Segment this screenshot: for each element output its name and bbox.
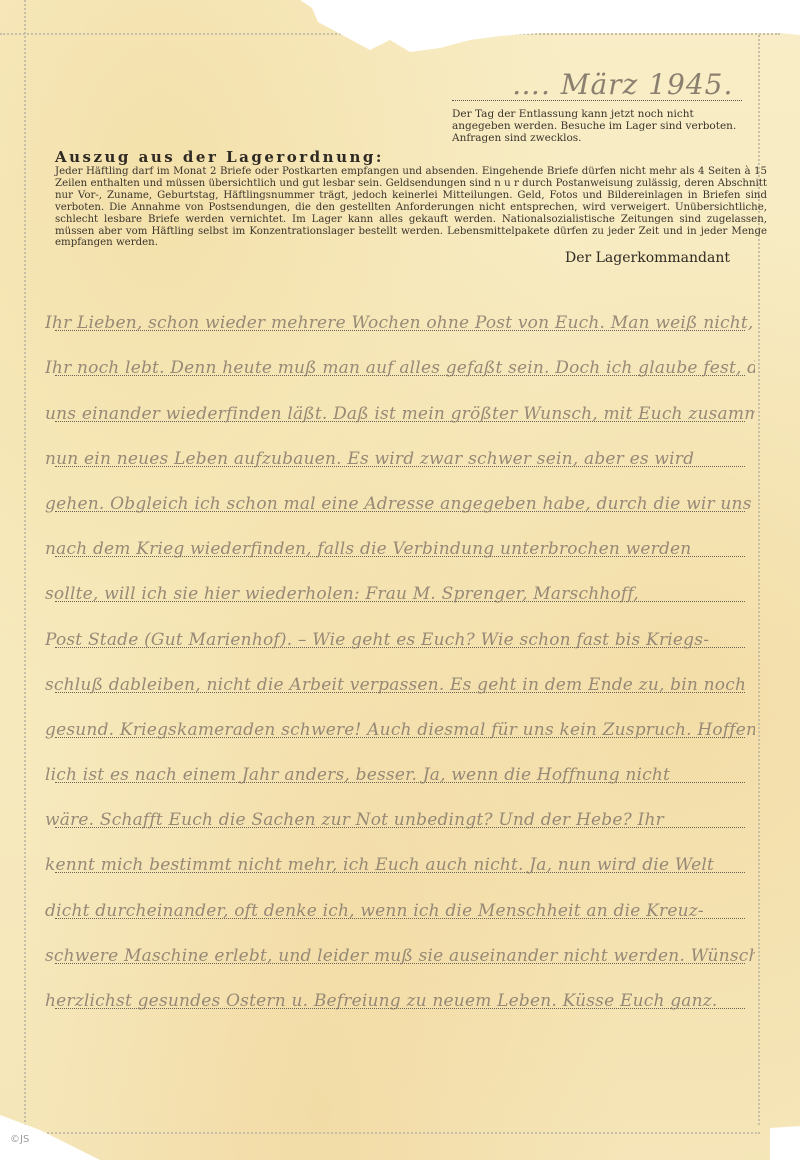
handwritten-letter: Ihr Lieben, schon wieder mehrere Wochen … [55,292,745,1015]
letter-line: Post Stade (Gut Marienhof). – Wie geht e… [55,608,745,653]
copyright-watermark: ©JS [10,1134,29,1145]
handwritten-text: dicht durcheinander, oft denke ich, wenn… [45,901,755,921]
letter-line: gesund. Kriegskameraden schwere! Auch di… [55,699,745,744]
handwritten-text: schluß dableiben, nicht die Arbeit verpa… [45,675,755,695]
letter-line: herzlichst gesundes Ostern u. Befreiung … [55,970,745,1015]
letter-line: nun ein neues Leben aufzubauen. Es wird … [55,428,745,473]
camp-rules-text: Jeder Häftling darf im Monat 2 Briefe od… [55,166,767,249]
letter-line: gehen. Obgleich ich schon mal eine Adres… [55,473,745,518]
letter-line: schluß dableiben, nicht die Arbeit verpa… [55,654,745,699]
handwritten-text: uns einander wiederfinden läßt. Daß ist … [45,404,755,424]
date-line [452,100,742,101]
handwritten-text: nun ein neues Leben aufzubauen. Es wird … [45,449,755,469]
letter-line: sollte, will ich sie hier wiederholen: F… [55,563,745,608]
commandant-signature: Der Lagerkommandant [565,250,730,266]
handwritten-text: sollte, will ich sie hier wiederholen: F… [45,584,755,604]
handwritten-text: gehen. Obgleich ich schon mal eine Adres… [45,494,755,514]
handwritten-text: kennt mich bestimmt nicht mehr, ich Euch… [45,855,755,875]
handwritten-text: herzlichst gesundes Ostern u. Befreiung … [45,991,755,1011]
handwritten-date: …. März 1945. [512,68,733,101]
handwritten-text: Ihr Lieben, schon wieder mehrere Wochen … [45,313,755,333]
date-field: …. März 1945. [452,66,742,106]
letter-line: uns einander wiederfinden läßt. Daß ist … [55,382,745,427]
perforation-bottom [40,1132,760,1134]
letter-line: dicht durcheinander, oft denke ich, wenn… [55,879,745,924]
letter-line: Ihr noch lebt. Denn heute muß man auf al… [55,337,745,382]
handwritten-text: wäre. Schafft Euch die Sachen zur Not un… [45,810,755,830]
handwritten-text: Post Stade (Gut Marienhof). – Wie geht e… [45,630,755,650]
letter-sheet: …. März 1945. Der Tag der Entlassung kan… [0,0,800,1160]
handwritten-text: lich ist es nach einem Jahr anders, bess… [45,765,755,785]
perforation-top [0,33,780,35]
letter-line: Ihr Lieben, schon wieder mehrere Wochen … [55,292,745,337]
perforation-left [24,0,26,1130]
letter-line: nach dem Krieg wiederfinden, falls die V… [55,518,745,563]
letter-line: kennt mich bestimmt nicht mehr, ich Euch… [55,834,745,879]
handwritten-text: gesund. Kriegskameraden schwere! Auch di… [45,720,755,740]
handwritten-text: schwere Maschine erlebt, und leider muß … [45,946,755,966]
camp-rules-title: Auszug aus der Lagerordnung: [55,148,384,166]
release-notice: Der Tag der Entlassung kann jetzt noch n… [452,108,752,144]
letter-line: lich ist es nach einem Jahr anders, bess… [55,744,745,789]
letter-line: schwere Maschine erlebt, und leider muß … [55,925,745,970]
handwritten-text: nach dem Krieg wiederfinden, falls die V… [45,539,755,559]
handwritten-text: Ihr noch lebt. Denn heute muß man auf al… [45,358,755,378]
letter-line: wäre. Schafft Euch die Sachen zur Not un… [55,789,745,834]
